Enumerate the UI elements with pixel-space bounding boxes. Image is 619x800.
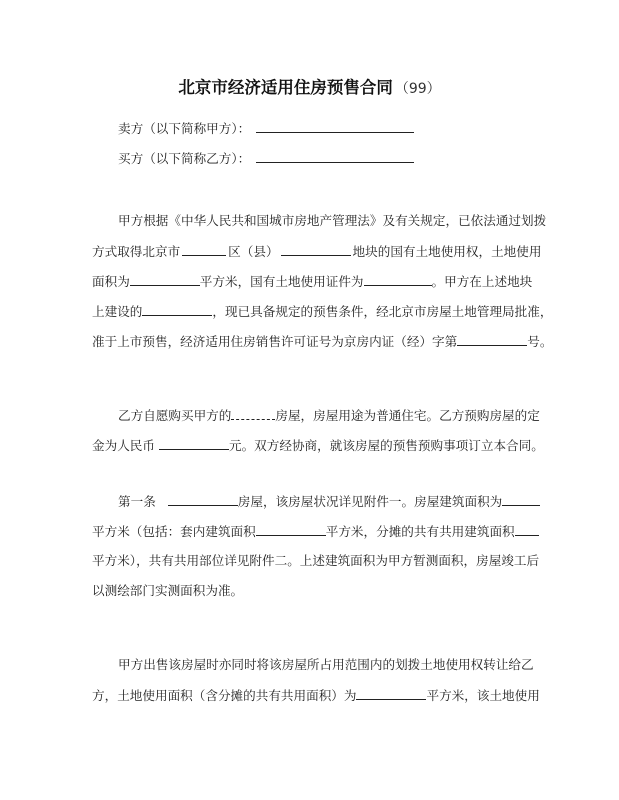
house-blank[interactable] bbox=[231, 407, 275, 420]
text: ，现已具备规定的预售条件，经北京市房屋土地管理局批准， bbox=[212, 304, 552, 319]
contract-page: 北京市经济适用住房预售合同（99） 卖方（以下简称甲方）： 买方（以下简称乙方）… bbox=[0, 0, 619, 800]
title-text: 北京市经济适用住房预售合同 bbox=[178, 78, 393, 97]
text: 平方米，国有土地使用证件为 bbox=[200, 274, 364, 289]
text: 平方米（包括：套内建筑面积 bbox=[92, 524, 256, 539]
p4-line2: 方，土地使用面积（含分摊的共有共用面积）为平方米，该土地使用 bbox=[92, 687, 540, 704]
land-area-blank[interactable] bbox=[130, 273, 200, 286]
p3-line2: 平方米（包括：套内建筑面积平方米，分摊的共有共用建筑面积 bbox=[92, 523, 539, 540]
text: 号。 bbox=[527, 334, 552, 349]
text: 甲方出售该房屋时亦同时将该房屋所占用范围内的划拨土地使用权转让给乙 bbox=[118, 657, 534, 672]
text: 地块的国有土地使用权，土地使用 bbox=[353, 244, 542, 259]
land-cert-blank[interactable] bbox=[364, 273, 432, 286]
buyer-line: 买方（以下简称乙方）： bbox=[118, 150, 414, 167]
text: 金为人民币 bbox=[92, 438, 155, 453]
text: 平方米，该土地使用 bbox=[426, 688, 539, 703]
text: 准于上市预售，经济适用住房销售许可证号为京房内证（经）字第 bbox=[92, 334, 457, 349]
text: 上建设的 bbox=[92, 304, 142, 319]
p1-line1: 甲方根据《中华人民共和国城市房地产管理法》及有关规定，已依法通过划拨 bbox=[118, 213, 546, 229]
deposit-blank[interactable] bbox=[159, 437, 229, 450]
title-number: （99） bbox=[395, 81, 441, 97]
p2-line1: 乙方自愿购买甲方的房屋，房屋用途为普通住宅。乙方预购房屋的定 bbox=[118, 407, 540, 424]
permit-blank[interactable] bbox=[457, 333, 527, 346]
buyer-label: 买方（以下简称乙方）： bbox=[118, 151, 250, 166]
seller-blank[interactable] bbox=[256, 120, 414, 133]
text: 。甲方在上述地块 bbox=[432, 274, 533, 289]
article1-house-blank[interactable] bbox=[168, 493, 238, 506]
text: 区（县） bbox=[228, 244, 278, 259]
p2-line2: 金为人民币元。双方经协商，就该房屋的预售预购事项订立本合同。 bbox=[92, 437, 544, 454]
p3-line4: 以测绘部门实测面积为准。 bbox=[92, 583, 243, 599]
text: 方式取得北京市 bbox=[92, 244, 180, 259]
plot-blank[interactable] bbox=[281, 243, 351, 256]
buyer-blank[interactable] bbox=[256, 150, 414, 163]
text: 平方米），共有共用部位详见附件二。上述建筑面积为甲方暂测面积，房屋竣工后 bbox=[92, 553, 539, 568]
p1-line3: 面积为平方米，国有土地使用证件为。甲方在上述地块 bbox=[92, 273, 532, 290]
p1-line4: 上建设的，现已具备规定的预售条件，经北京市房屋土地管理局批准， bbox=[92, 303, 552, 320]
district-blank[interactable] bbox=[182, 243, 226, 256]
article-label: 第一条 bbox=[118, 494, 156, 509]
p3-line1: 第一条房屋，该房屋状况详见附件一。房屋建筑面积为 bbox=[118, 493, 540, 510]
p1-line5: 准于上市预售，经济适用住房销售许可证号为京房内证（经）字第号。 bbox=[92, 333, 552, 350]
shared-area-blank[interactable] bbox=[515, 523, 539, 536]
text: 以测绘部门实测面积为准。 bbox=[92, 583, 243, 598]
inner-area-blank[interactable] bbox=[256, 523, 326, 536]
building-area-blank[interactable] bbox=[502, 493, 540, 506]
text: 房屋，房屋用途为普通住宅。乙方预购房屋的定 bbox=[275, 408, 539, 423]
text: 面积为 bbox=[92, 274, 130, 289]
p4-line1: 甲方出售该房屋时亦同时将该房屋所占用范围内的划拨土地使用权转让给乙 bbox=[118, 657, 534, 673]
text: 平方米，分摊的共有共用建筑面积 bbox=[326, 524, 515, 539]
project-blank[interactable] bbox=[142, 303, 212, 316]
p3-line3: 平方米），共有共用部位详见附件二。上述建筑面积为甲方暂测面积，房屋竣工后 bbox=[92, 553, 539, 569]
seller-label: 卖方（以下简称甲方）： bbox=[118, 121, 250, 136]
p1-line2: 方式取得北京市区（县）地块的国有土地使用权，土地使用 bbox=[92, 243, 541, 260]
text: 乙方自愿购买甲方的 bbox=[118, 408, 231, 423]
document-title: 北京市经济适用住房预售合同（99） bbox=[0, 74, 619, 98]
text: 元。双方经协商，就该房屋的预售预购事项订立本合同。 bbox=[229, 438, 544, 453]
land-use-area-blank[interactable] bbox=[356, 687, 426, 700]
text: 甲方根据《中华人民共和国城市房地产管理法》及有关规定，已依法通过划拨 bbox=[118, 213, 546, 228]
seller-line: 卖方（以下简称甲方）： bbox=[118, 120, 414, 137]
text: 方，土地使用面积（含分摊的共有共用面积）为 bbox=[92, 688, 356, 703]
text: 房屋，该房屋状况详见附件一。房屋建筑面积为 bbox=[238, 494, 502, 509]
